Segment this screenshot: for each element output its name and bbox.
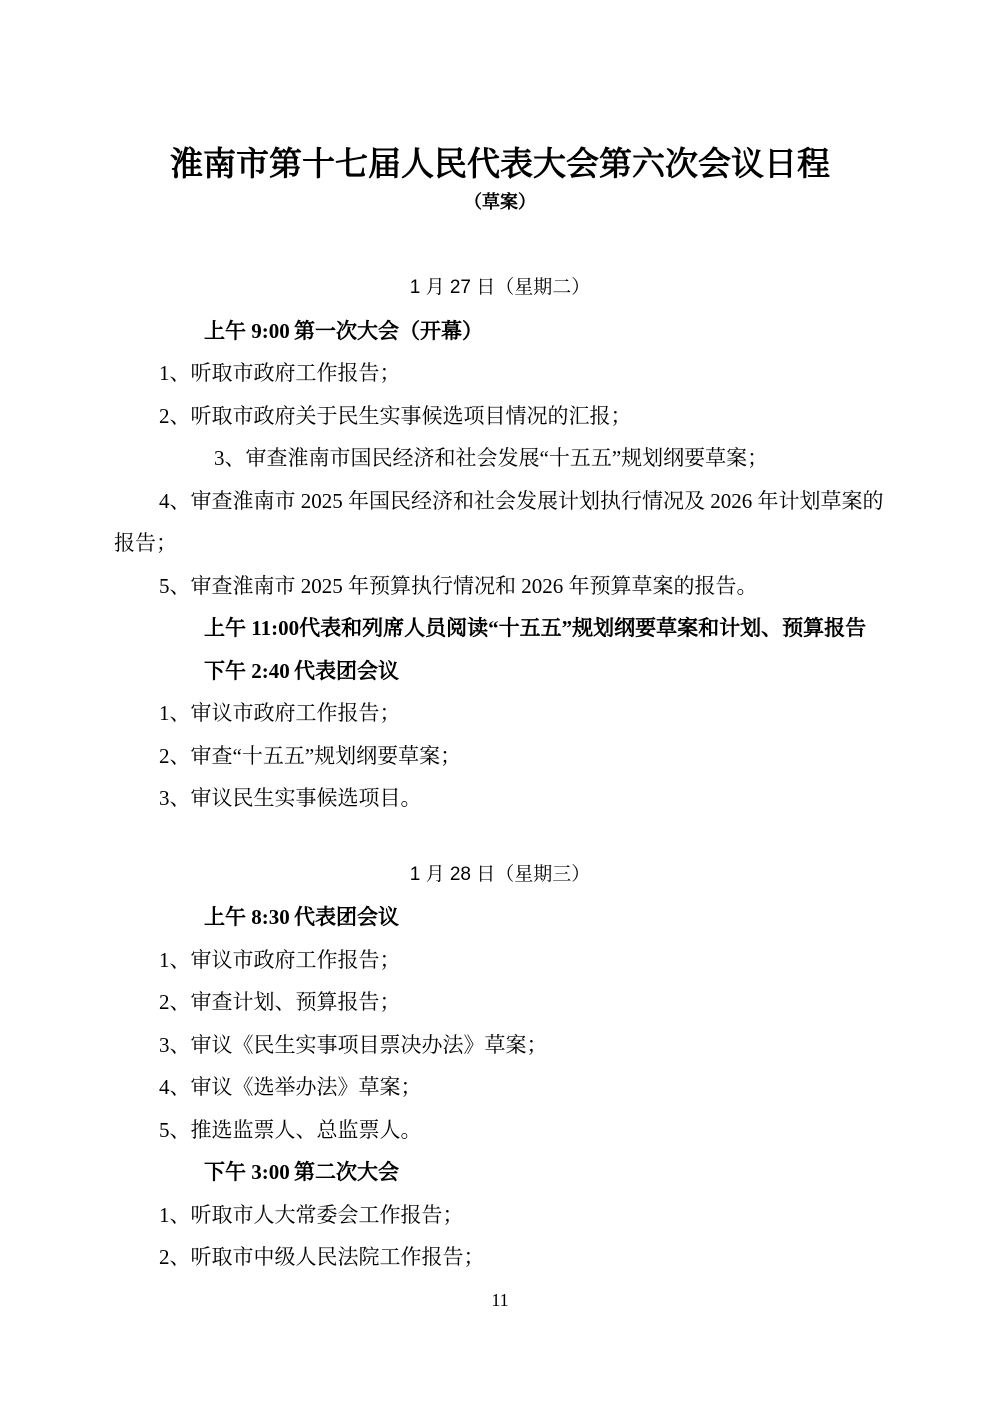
day-section-1: 1 月 27 日（星期二） 上午 9:00第一次大会（开幕） 1、听取市政府工作… [114,267,886,820]
agenda-item: 2、听取市中级人民法院工作报告； [114,1236,886,1279]
session-title: 代表团会议 [294,905,399,929]
agenda-item: 5、审查淮南市 2025 年预算执行情况和 2026 年预算草案的报告。 [114,565,886,608]
agenda-item: 2、听取市政府关于民生实事候选项目情况的汇报； [114,395,886,438]
session-header: 上午 8:30代表团会议 [114,896,886,939]
agenda-item: 3、审议民生实事候选项目。 [114,777,886,820]
document-page: 淮南市第十七届人民代表大会第六次会议日程 （草案） 1 月 27 日（星期二） … [0,0,1000,1415]
session-title: 第二次大会 [294,1160,399,1184]
agenda-item: 2、审查“十五五”规划纲要草案； [114,735,886,778]
time-label: 下午 2:40 [159,650,294,693]
agenda-item: 1、审议市政府工作报告； [114,939,886,982]
agenda-item: 3、审议《民生实事项目票决办法》草案； [114,1024,886,1067]
agenda-item: 1、审议市政府工作报告； [114,692,886,735]
agenda-item: 1、听取市政府工作报告； [114,352,886,395]
session-header: 下午 3:00第二次大会 [114,1151,886,1194]
session-title: 第一次大会（开幕） [294,319,483,343]
agenda-item: 5、推选监票人、总监票人。 [114,1109,886,1152]
page-number: 11 [114,1279,886,1322]
date-heading: 1 月 27 日（星期二） [114,267,886,310]
session-header: 上午 9:00第一次大会（开幕） [114,310,886,353]
agenda-item: 3、审查淮南市国民经济和社会发展“十五五”规划纲要草案； [114,437,886,480]
agenda-item: 1、听取市人大常委会工作报告； [114,1194,886,1237]
doc-title: 淮南市第十七届人民代表大会第六次会议日程 [114,0,886,185]
day-section-2: 1 月 28 日（星期三） 上午 8:30代表团会议 1、审议市政府工作报告； … [114,854,886,1279]
time-label: 上午 9:00 [159,310,294,353]
agenda-item: 4、审议《选举办法》草案； [114,1066,886,1109]
session-header: 上午 11:00代表和列席人员阅读“十五五”规划纲要草案和计划、预算报告 [114,607,886,650]
doc-subtitle: （草案） [114,189,886,215]
time-label: 上午 8:30 [159,896,294,939]
agenda-item: 2、审查计划、预算报告； [114,981,886,1024]
session-title: 代表和列席人员阅读“十五五”规划纲要草案和计划、预算报告 [299,616,866,640]
session-title: 代表团会议 [294,659,399,683]
time-label: 下午 3:00 [159,1151,294,1194]
session-header: 下午 2:40代表团会议 [114,650,886,693]
date-heading: 1 月 28 日（星期三） [114,854,886,897]
time-label: 上午 11:00 [159,607,299,650]
document-content: 淮南市第十七届人民代表大会第六次会议日程 （草案） 1 月 27 日（星期二） … [0,0,1000,1322]
agenda-item: 4、审查淮南市 2025 年国民经济和社会发展计划执行情况及 2026 年计划草… [114,480,886,565]
